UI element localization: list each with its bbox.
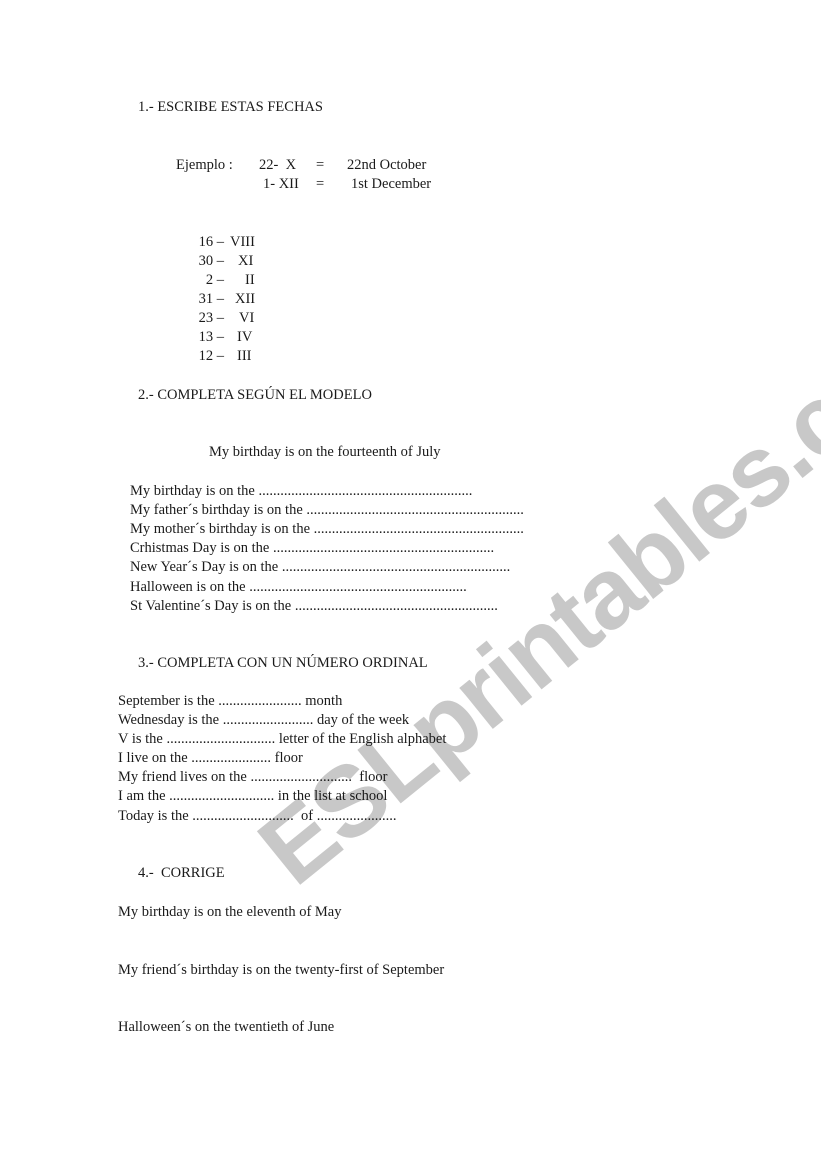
date-month: VIII xyxy=(230,233,255,252)
date-month: II xyxy=(245,271,255,290)
ordinal-item[interactable]: September is the .......................… xyxy=(118,692,342,711)
ordinal-item[interactable]: My friend lives on the .................… xyxy=(118,768,387,787)
fill-in-item[interactable]: My father´s birthday is on the .........… xyxy=(130,501,524,520)
date-day: 12 – xyxy=(196,347,224,366)
date-day: 31 – xyxy=(196,290,224,309)
date-day: 23 – xyxy=(196,309,224,328)
date-day: 13 – xyxy=(196,328,224,347)
date-month: III xyxy=(237,347,252,366)
fill-in-item[interactable]: My mother´s birthday is on the .........… xyxy=(130,520,524,539)
section1-heading: 1.- ESCRIBE ESTAS FECHAS xyxy=(138,98,323,117)
fill-in-item[interactable]: Halloween is on the ....................… xyxy=(130,578,467,597)
correction-item: My friend´s birthday is on the twenty-fi… xyxy=(118,961,444,980)
date-month: VI xyxy=(239,309,254,328)
model-sentence: My birthday is on the fourteenth of July xyxy=(209,443,441,462)
example-code: 22- X xyxy=(259,156,296,175)
fill-in-item[interactable]: St Valentine´s Day is on the ...........… xyxy=(130,597,498,616)
example-equals: = xyxy=(316,156,324,175)
section3-heading: 3.- COMPLETA CON UN NÚMERO ORDINAL xyxy=(138,654,428,673)
ordinal-item[interactable]: I am the ............................. i… xyxy=(118,787,387,806)
example-answer: 1st December xyxy=(351,175,431,194)
ordinal-item[interactable]: Wednesday is the .......................… xyxy=(118,711,409,730)
ordinal-item[interactable]: Today is the ...........................… xyxy=(118,807,397,826)
date-day: 30 – xyxy=(196,252,224,271)
ordinal-item[interactable]: V is the .............................. … xyxy=(118,730,446,749)
section4-heading: 4.- CORRIGE xyxy=(138,864,225,883)
date-month: XII xyxy=(235,290,255,309)
example-equals: = xyxy=(316,175,324,194)
section2-heading: 2.- COMPLETA SEGÚN EL MODELO xyxy=(138,386,372,405)
example-code: 1- XII xyxy=(263,175,299,194)
correction-item: My birthday is on the eleventh of May xyxy=(118,903,342,922)
fill-in-item[interactable]: New Year´s Day is on the ...............… xyxy=(130,558,510,577)
worksheet-page: 1.- ESCRIBE ESTAS FECHAS Ejemplo : 22- X… xyxy=(0,0,821,1169)
date-month: IV xyxy=(237,328,252,347)
example-answer: 22nd October xyxy=(347,156,426,175)
example-label: Ejemplo : xyxy=(176,156,233,175)
date-day: 2 – xyxy=(196,271,224,290)
ordinal-item[interactable]: I live on the ...................... flo… xyxy=(118,749,303,768)
date-month: XI xyxy=(238,252,253,271)
fill-in-item[interactable]: Crhistmas Day is on the ................… xyxy=(130,539,494,558)
fill-in-item[interactable]: My birthday is on the ..................… xyxy=(130,482,472,501)
date-day: 16 – xyxy=(196,233,224,252)
correction-item: Halloween´s on the twentieth of June xyxy=(118,1018,334,1037)
